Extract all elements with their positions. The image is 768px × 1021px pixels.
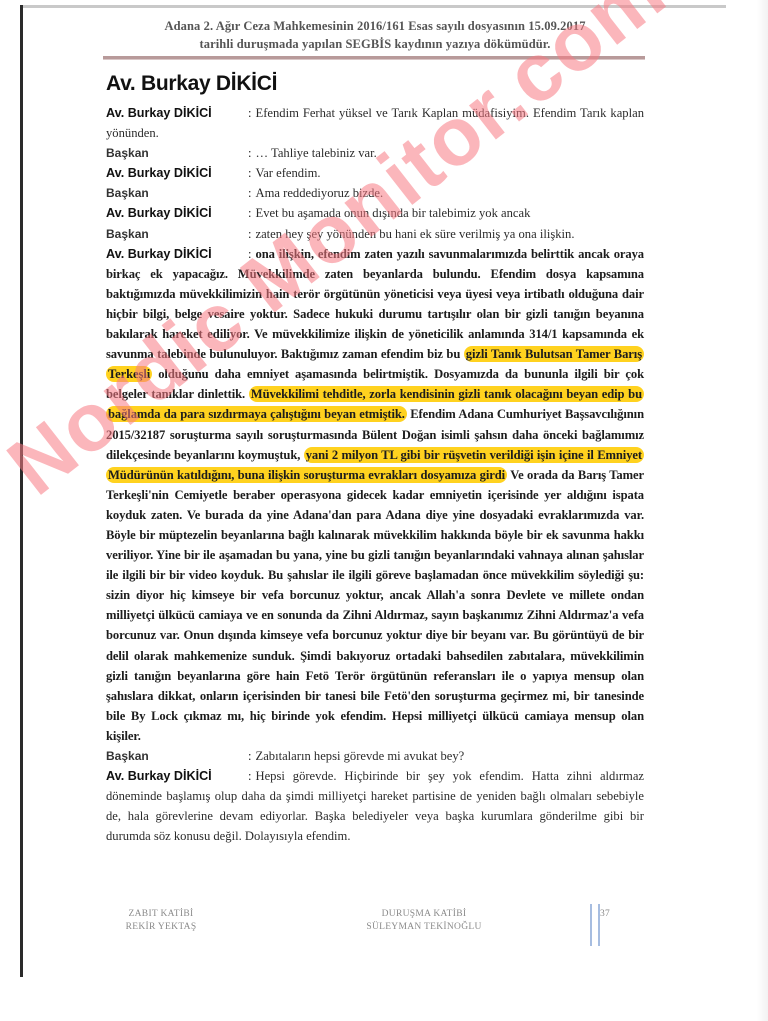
speaker-heading: Av. Burkay DİKİCİ — [106, 72, 277, 96]
footer-hearing-clerk-name: SÜLEYMAN TEKİNOĞLU — [354, 921, 494, 934]
statement-text: Ve orada da Barış Tamer Terkeşli'nin Cem… — [106, 468, 644, 743]
statement-text: zaten hey şey yönünden bu hani ek süre v… — [256, 227, 575, 241]
transcript-entry: Başkan:zaten hey şey yönünden bu hani ek… — [106, 224, 644, 244]
statement-text: Ama reddediyoruz bizde. — [256, 186, 384, 200]
transcript-entry: Başkan:Zabıtaların hepsi görevde mi avuk… — [106, 746, 644, 766]
document-header: Adana 2. Ağır Ceza Mahkemesinin 2016/161… — [105, 17, 645, 53]
speaker-separator: : — [248, 166, 252, 180]
statement-text: … Tahliye talebiniz var. — [256, 146, 377, 160]
speaker-label: Av. Burkay DİKİCİ — [106, 103, 248, 123]
speaker-label: Av. Burkay DİKİCİ — [106, 203, 248, 223]
page-top-edge — [22, 5, 726, 8]
page-number-bars — [590, 904, 600, 946]
speaker-label: Av. Burkay DİKİCİ — [106, 766, 248, 786]
speaker-separator: : — [248, 146, 252, 160]
speaker-separator: : — [248, 247, 252, 261]
transcript-entry: Av. Burkay DİKİCİ:Var efendim. — [106, 163, 644, 183]
speaker-label: Av. Burkay DİKİCİ — [106, 163, 248, 183]
transcript-entry: Av. Burkay DİKİCİ:Hepsi görevde. Hiçbiri… — [106, 766, 644, 846]
header-divider — [103, 56, 645, 60]
transcript-entry: Başkan:… Tahliye talebiniz var. — [106, 143, 644, 163]
statement-text: ona ilişkin, efendim zaten yazılı savunm… — [106, 247, 644, 361]
speaker-label: Başkan — [106, 224, 248, 244]
speaker-separator: : — [248, 186, 252, 200]
speaker-label: Başkan — [106, 746, 248, 766]
footer-clerk-block: ZABIT KATİBİ REKİR YEKTAŞ — [106, 908, 216, 934]
speaker-separator: : — [248, 206, 252, 220]
page-left-edge — [20, 5, 23, 977]
transcript-entry: Av. Burkay DİKİCİ:Efendim Ferhat yüksel … — [106, 103, 644, 143]
transcript-body: Av. Burkay DİKİCİ:Efendim Ferhat yüksel … — [106, 103, 644, 846]
transcript-entry: Av. Burkay DİKİCİ:ona ilişkin, efendim z… — [106, 244, 644, 746]
header-line-1: Adana 2. Ağır Ceza Mahkemesinin 2016/161… — [105, 17, 645, 35]
page-number: 37 — [600, 908, 610, 921]
statement-text: Evet bu aşamada onun dışında bir talebim… — [256, 206, 531, 220]
transcript-entry: Av. Burkay DİKİCİ:Evet bu aşamada onun d… — [106, 203, 644, 223]
statement-text: Zabıtaların hepsi görevde mi avukat bey? — [256, 749, 465, 763]
transcript-entry: Başkan:Ama reddediyoruz bizde. — [106, 183, 644, 203]
page-right-shadow — [757, 0, 768, 1021]
speaker-separator: : — [248, 227, 252, 241]
speaker-label: Başkan — [106, 183, 248, 203]
statement-text: Var efendim. — [256, 166, 321, 180]
speaker-label: Başkan — [106, 143, 248, 163]
speaker-separator: : — [248, 106, 252, 120]
footer-hearing-clerk-block: DURUŞMA KATİBİ SÜLEYMAN TEKİNOĞLU — [354, 908, 494, 934]
footer-clerk-title: ZABIT KATİBİ — [106, 908, 216, 921]
footer-clerk-name: REKİR YEKTAŞ — [106, 921, 216, 934]
speaker-label: Av. Burkay DİKİCİ — [106, 244, 248, 264]
footer-hearing-clerk-title: DURUŞMA KATİBİ — [354, 908, 494, 921]
speaker-separator: : — [248, 769, 252, 783]
speaker-separator: : — [248, 749, 252, 763]
header-line-2: tarihli duruşmada yapılan SEGBİS kaydını… — [105, 35, 645, 53]
